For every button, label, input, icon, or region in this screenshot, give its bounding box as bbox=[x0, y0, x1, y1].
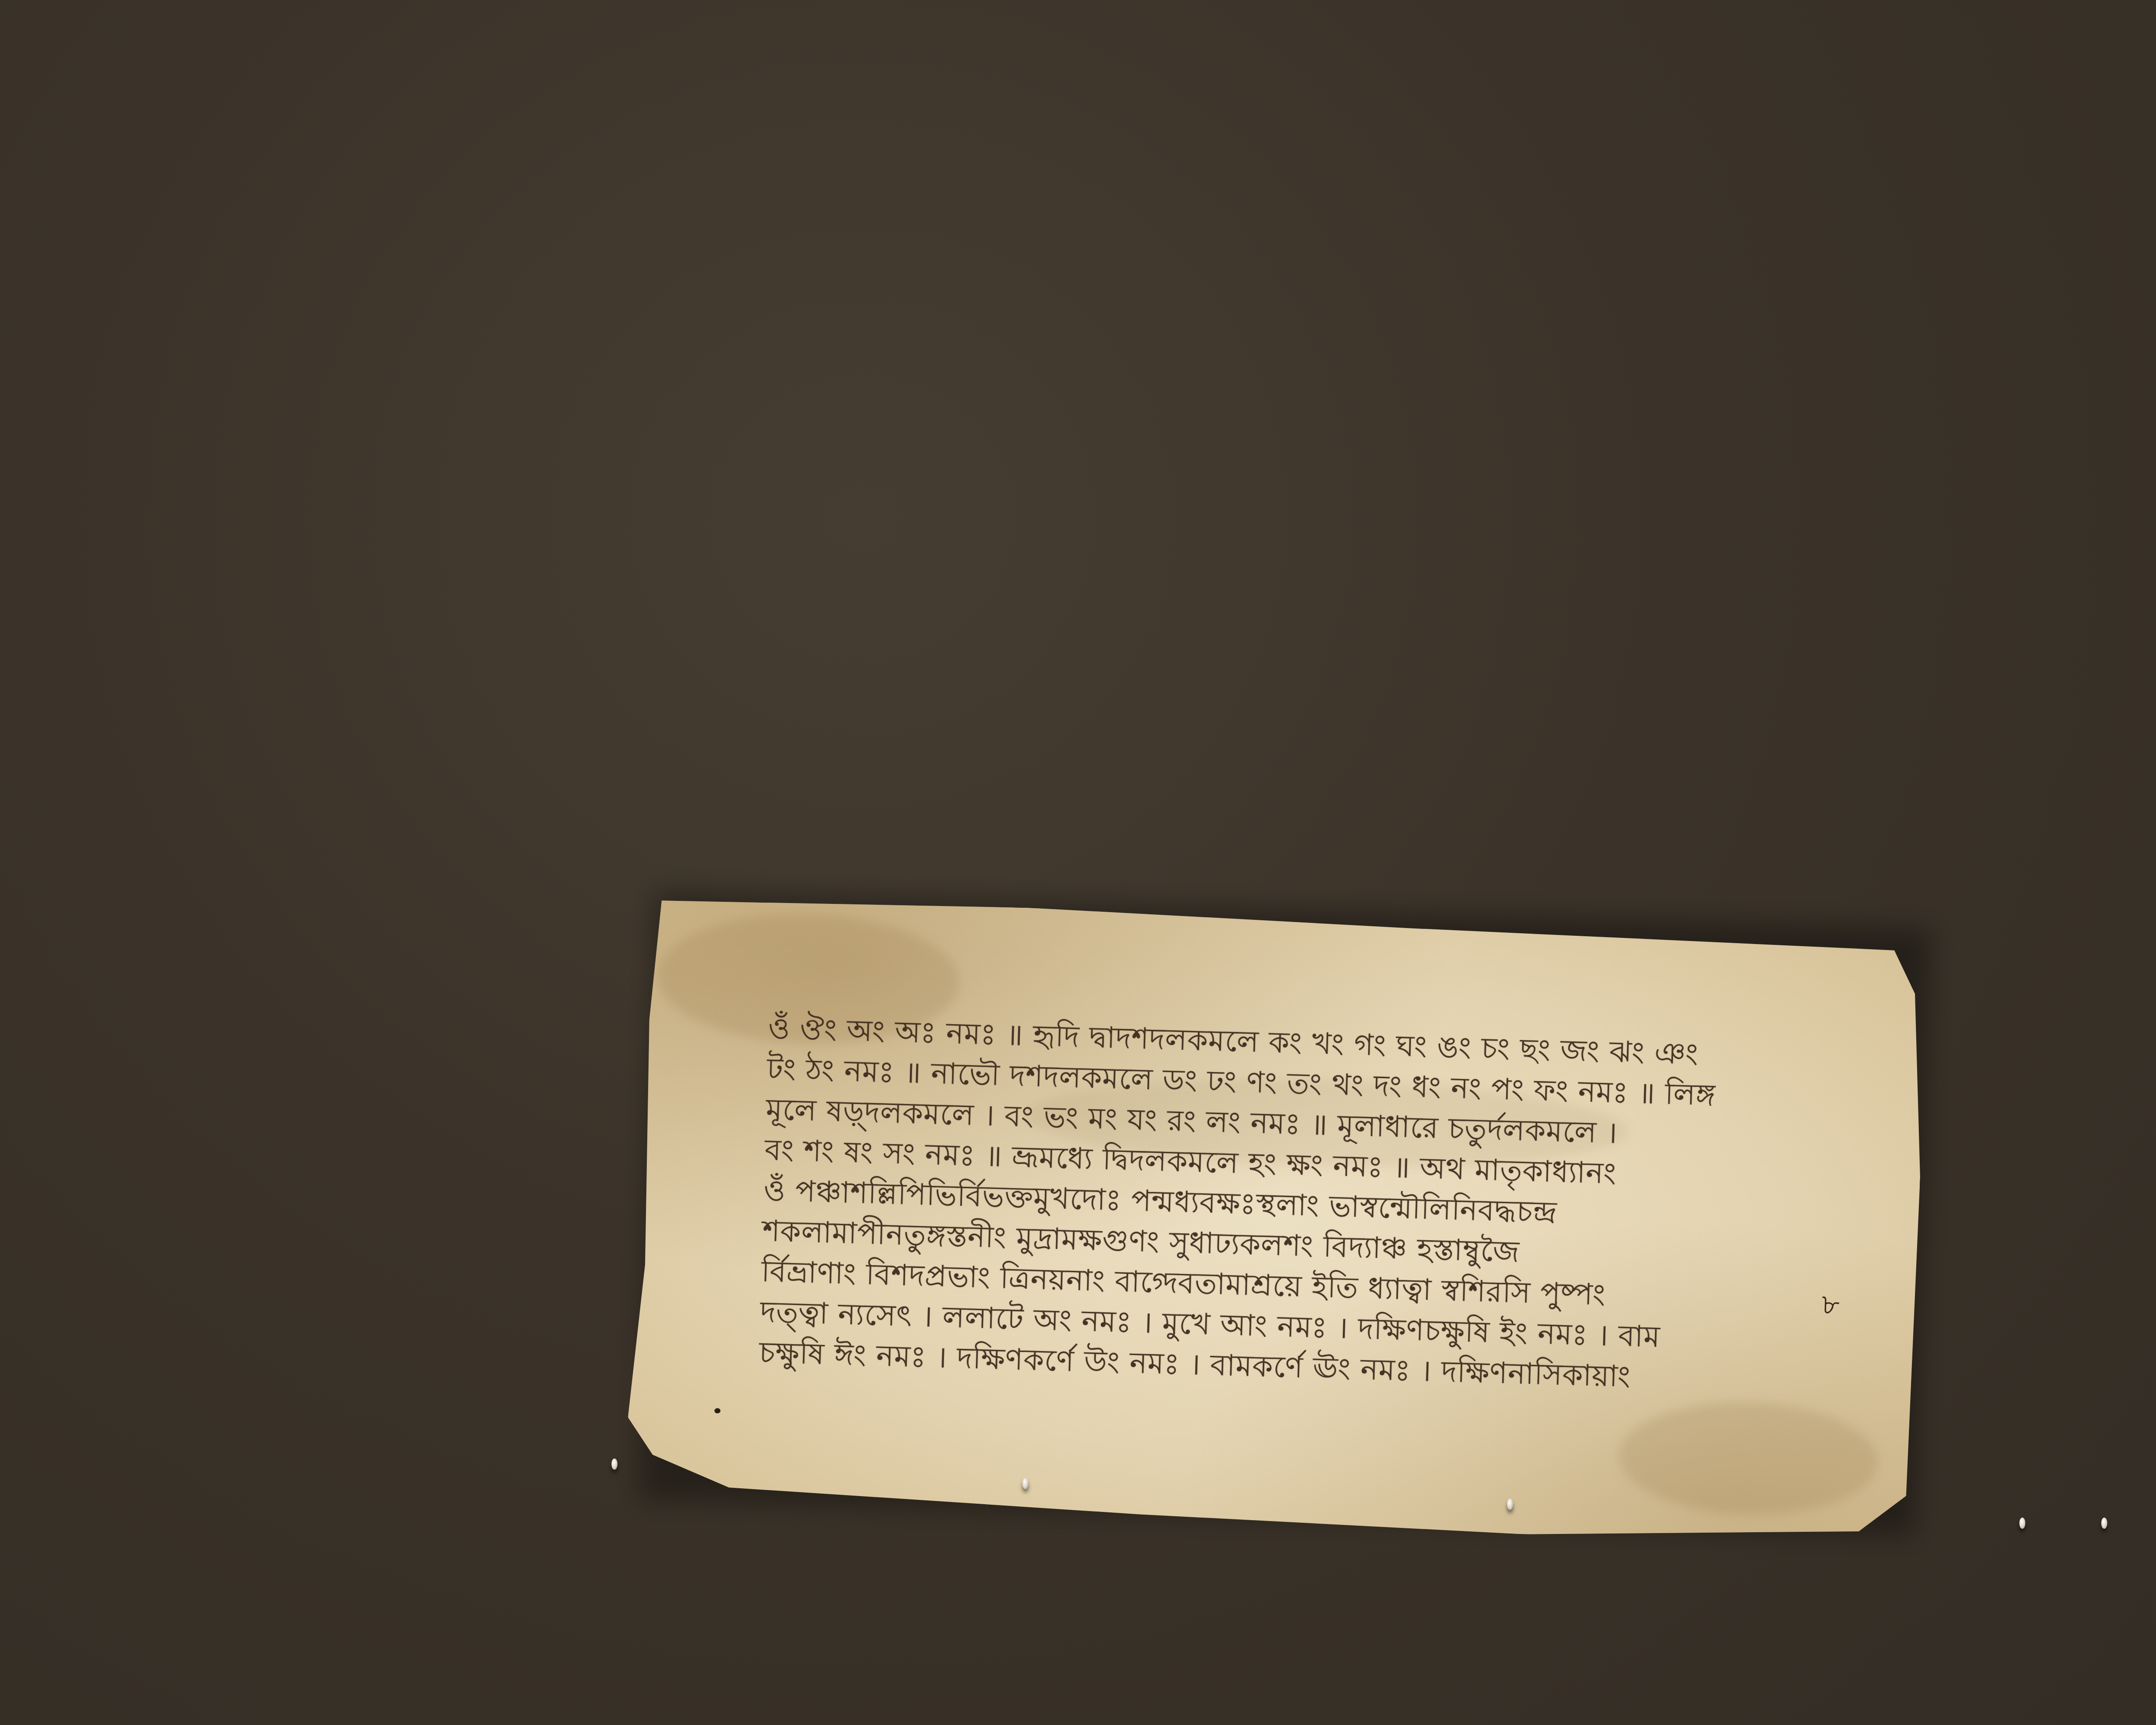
manuscript-text: ওঁ ঔং অং অঃ নমঃ ॥ হৃদি দ্বাদশদলকমলে কং খ… bbox=[758, 1008, 1803, 1402]
mounting-pin bbox=[2019, 1518, 2025, 1529]
folio-number: ৮ bbox=[1821, 1284, 1840, 1330]
paper-stain bbox=[1617, 1399, 1879, 1518]
mounting-pin bbox=[2101, 1518, 2107, 1529]
mounting-pin bbox=[1507, 1499, 1513, 1510]
mounting-pin bbox=[1022, 1478, 1028, 1489]
mounting-pin bbox=[611, 1458, 617, 1470]
ink-spot bbox=[714, 1408, 721, 1413]
manuscript-leaf: ওঁ ঔং অং অঃ নমঃ ॥ হৃদি দ্বাদশদলকমলে কং খ… bbox=[625, 897, 1927, 1545]
